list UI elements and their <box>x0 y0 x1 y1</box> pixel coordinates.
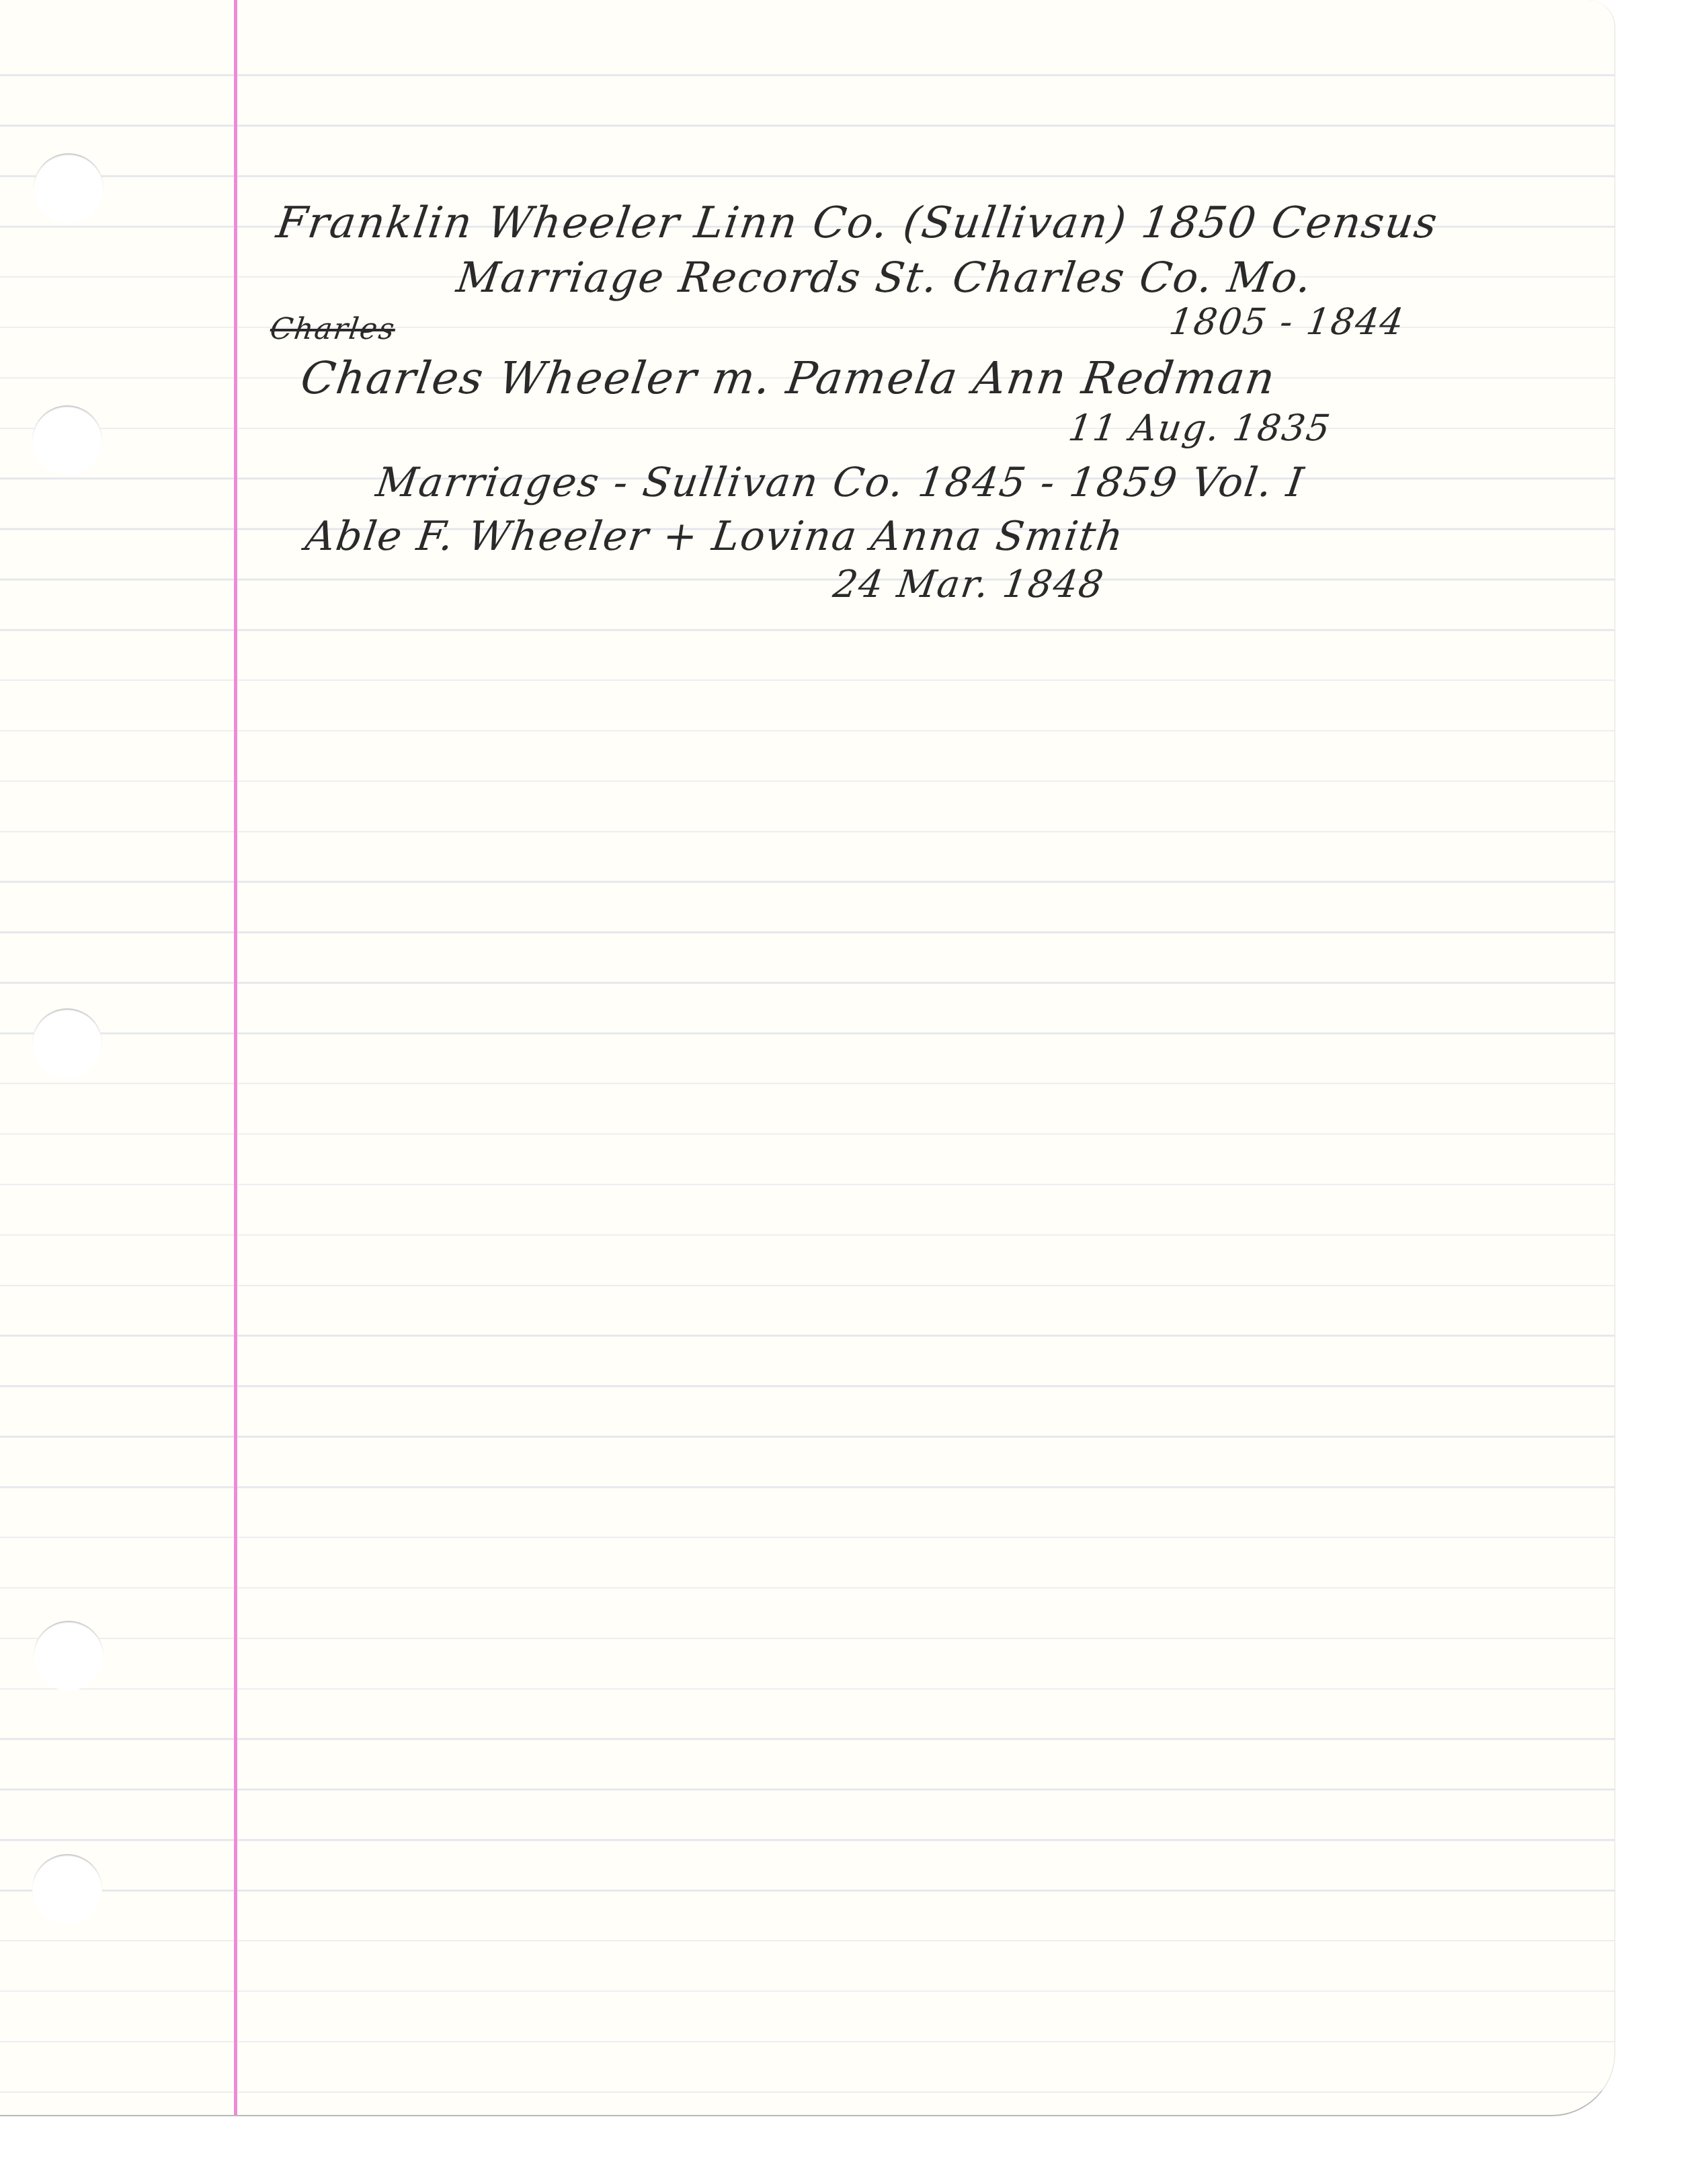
binder-hole-icon <box>34 1621 104 1691</box>
note-line-marriage-records-st-charles: Marriage Records St. Charles Co. Mo. <box>454 257 1315 298</box>
binder-hole-icon <box>32 405 102 475</box>
note-line-crossed-out-word: Charles <box>268 315 397 344</box>
margin-line <box>234 0 237 2115</box>
note-line-charles-wheeler-marriage: Charles Wheeler m. Pamela Ann Redman <box>298 356 1278 401</box>
binder-hole-icon <box>34 153 104 223</box>
notebook-page: Franklin Wheeler Linn Co. (Sullivan) 185… <box>0 0 1615 2116</box>
note-line-able-wheeler-marriage: Able F. Wheeler + Lovina Anna Smith <box>303 516 1127 557</box>
note-line-marriage-date-1848: 24 Mar. 1848 <box>831 566 1106 604</box>
note-line-franklin-wheeler-census: Franklin Wheeler Linn Co. (Sullivan) 185… <box>274 202 1441 245</box>
note-line-marriages-sullivan-co: Marriages - Sullivan Co. 1845 - 1859 Vol… <box>374 463 1307 503</box>
binder-hole-icon <box>32 1854 102 1924</box>
note-line-record-dates: 1805 - 1844 <box>1167 304 1407 340</box>
note-line-marriage-date-1835: 11 Aug. 1835 <box>1066 410 1334 446</box>
binder-hole-icon <box>32 1008 102 1078</box>
